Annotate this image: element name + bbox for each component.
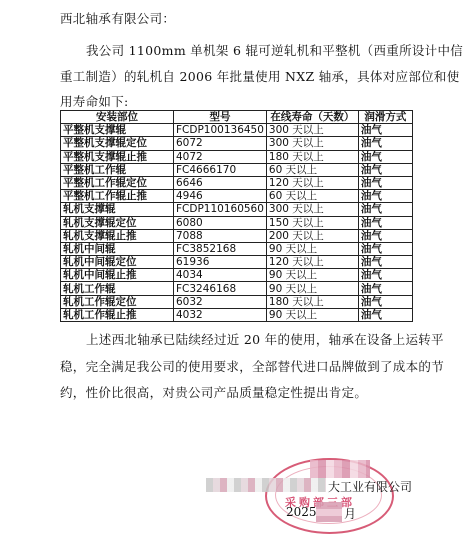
cell-lubrication: 油气 [358, 203, 412, 216]
cell-model: FCDP110160560 [174, 203, 267, 216]
col-header-position: 安装部位 [61, 111, 174, 124]
cell-position: 轧机工作辊止推 [61, 308, 174, 321]
col-header-lubrication: 润滑方式 [358, 111, 412, 124]
redacted-date [316, 502, 342, 522]
conclusion-paragraph: 上述西北轴承已陆续经过近 20 年的使用，轴承在设备上运转平 稳，完全满足我公司… [60, 327, 444, 407]
cell-lubrication: 油气 [358, 150, 412, 163]
cell-position: 轧机支撑辊 [61, 203, 174, 216]
cell-position: 平整机支撑辊定位 [61, 137, 174, 150]
conclusion-line: 约，性价比很高，对贵公司产品质量稳定性提出肯定。 [60, 380, 444, 407]
cell-life: 300 天以上 [266, 124, 358, 137]
cell-life: 150 天以上 [266, 216, 358, 229]
cell-position: 平整机工作辊止推 [61, 190, 174, 203]
cell-lubrication: 油气 [358, 137, 412, 150]
cell-position: 轧机工作辊 [61, 282, 174, 295]
table-row: 轧机中间辊定位61936120 天以上油气 [61, 256, 413, 269]
cell-model: 6072 [174, 137, 267, 150]
table-row: 轧机支撑辊止推7088200 天以上油气 [61, 229, 413, 242]
table-row: 轧机工作辊定位6032180 天以上油气 [61, 295, 413, 308]
cell-model: 61936 [174, 256, 267, 269]
cell-position: 轧机支撑辊止推 [61, 229, 174, 242]
intro-line: 重工制造）的轧机自 2006 年批量使用 NXZ 轴承，具体对应部位和使 [60, 64, 463, 90]
table-row: 平整机工作辊定位6646120 天以上油气 [61, 176, 413, 189]
redacted-seal-area [310, 460, 370, 478]
cell-model: FCDP100136450 [174, 124, 267, 137]
cell-life: 120 天以上 [266, 176, 358, 189]
cell-model: FC3246168 [174, 282, 267, 295]
signature-company: 大工业有限公司 [328, 478, 412, 495]
col-header-model: 型号 [174, 111, 267, 124]
cell-model: 4072 [174, 150, 267, 163]
table-row: 平整机支撑辊FCDP100136450300 天以上油气 [61, 124, 413, 137]
table-row: 轧机中间辊止推403490 天以上油气 [61, 269, 413, 282]
cell-model: 6032 [174, 295, 267, 308]
cell-life: 90 天以上 [266, 308, 358, 321]
cell-life: 90 天以上 [266, 269, 358, 282]
cell-life: 120 天以上 [266, 256, 358, 269]
cell-position: 轧机工作辊定位 [61, 295, 174, 308]
cell-life: 180 天以上 [266, 150, 358, 163]
table-row: 平整机支撑辊止推4072180 天以上油气 [61, 150, 413, 163]
cell-position: 轧机中间辊 [61, 242, 174, 255]
intro-line: 我公司 1100mm 单机架 6 辊可逆轧机和平整机（西重所设计中信 [60, 38, 463, 64]
cell-position: 轧机中间辊定位 [61, 256, 174, 269]
table-row: 轧机工作辊止推403290 天以上油气 [61, 308, 413, 321]
cell-life: 200 天以上 [266, 229, 358, 242]
cell-model: 4946 [174, 190, 267, 203]
cell-position: 轧机支撑辊定位 [61, 216, 174, 229]
cell-life: 300 天以上 [266, 137, 358, 150]
cell-life: 60 天以上 [266, 163, 358, 176]
cell-lubrication: 油气 [358, 256, 412, 269]
bearing-life-table: 安装部位 型号 在线寿命（天数） 润滑方式 平整机支撑辊FCDP10013645… [60, 110, 413, 322]
cell-lubrication: 油气 [358, 124, 412, 137]
cell-model: 4032 [174, 308, 267, 321]
cell-lubrication: 油气 [358, 163, 412, 176]
cell-model: 7088 [174, 229, 267, 242]
cell-position: 平整机工作辊 [61, 163, 174, 176]
cell-position: 轧机中间辊止推 [61, 269, 174, 282]
cell-position: 平整机工作辊定位 [61, 176, 174, 189]
conclusion-line: 稳，完全满足我公司的使用要求，全部替代进口品牌做到了成本的节 [60, 354, 444, 381]
cell-life: 90 天以上 [266, 282, 358, 295]
table-row: 轧机中间辊FC385216890 天以上油气 [61, 242, 413, 255]
cell-position: 平整机支撑辊 [61, 124, 174, 137]
cell-lubrication: 油气 [358, 282, 412, 295]
table-row: 平整机工作辊止推494660 天以上油气 [61, 190, 413, 203]
cell-model: FC4666170 [174, 163, 267, 176]
signature-date-suffix: 月 [344, 505, 356, 522]
table-row: 轧机工作辊FC324616890 天以上油气 [61, 282, 413, 295]
salutation: 西北轴承有限公司： [60, 9, 175, 27]
table-row: 平整机工作辊FC466617060 天以上油气 [61, 163, 413, 176]
intro-paragraph: 我公司 1100mm 单机架 6 辊可逆轧机和平整机（西重所设计中信 重工制造）… [60, 38, 463, 115]
cell-lubrication: 油气 [358, 216, 412, 229]
col-header-life: 在线寿命（天数） [266, 111, 358, 124]
cell-lubrication: 油气 [358, 242, 412, 255]
cell-life: 300 天以上 [266, 203, 358, 216]
cell-lubrication: 油气 [358, 308, 412, 321]
table-row: 平整机支撑辊定位6072300 天以上油气 [61, 137, 413, 150]
cell-model: 4034 [174, 269, 267, 282]
cell-lubrication: 油气 [358, 295, 412, 308]
redacted-company-name [206, 478, 326, 492]
cell-life: 180 天以上 [266, 295, 358, 308]
cell-model: 6080 [174, 216, 267, 229]
table-row: 轧机支撑辊FCDP110160560300 天以上油气 [61, 203, 413, 216]
cell-lubrication: 油气 [358, 190, 412, 203]
cell-lubrication: 油气 [358, 176, 412, 189]
conclusion-line: 上述西北轴承已陆续经过近 20 年的使用，轴承在设备上运转平 [60, 327, 444, 354]
signature-date: 2025 [286, 505, 317, 519]
cell-lubrication: 油气 [358, 229, 412, 242]
cell-model: 6646 [174, 176, 267, 189]
cell-life: 90 天以上 [266, 242, 358, 255]
table-row: 轧机支撑辊定位6080150 天以上油气 [61, 216, 413, 229]
cell-model: FC3852168 [174, 242, 267, 255]
cell-position: 平整机支撑辊止推 [61, 150, 174, 163]
table-header-row: 安装部位 型号 在线寿命（天数） 润滑方式 [61, 111, 413, 124]
cell-lubrication: 油气 [358, 269, 412, 282]
cell-life: 60 天以上 [266, 190, 358, 203]
